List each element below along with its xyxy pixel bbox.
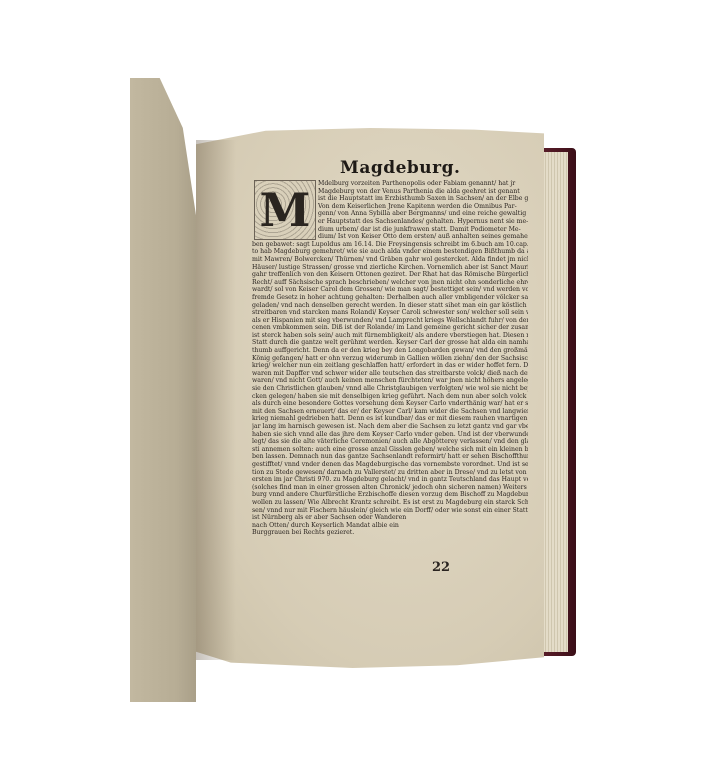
text-line: burg vnnd andere Churfürstliche Erzbisch…: [252, 491, 528, 499]
text-line: sen/ vnnd nur mit Fischern häuslein/ gle…: [252, 507, 528, 515]
text-line: ben gebawet: sagt Lupoldus am 16.14. Die…: [252, 241, 528, 249]
text-line: nach Otten/ durch Keyserlich Mandat albi…: [252, 522, 528, 530]
page-number: 22: [432, 560, 450, 575]
text-line: Magdeburg von der Venus Parthenia die al…: [252, 188, 528, 196]
text-line: ist sterck haben sols sein/ auch mit für…: [252, 332, 528, 340]
text-line: dium/ Ist von Keiser Otto dem ersten/ au…: [252, 233, 528, 241]
text-line: haben sie sich vnnd alle das jhre dem Ke…: [252, 431, 528, 439]
text-line: cenen vmbkommen sein. Diß ist der Roland…: [252, 324, 528, 332]
text-line: gahr treffenlich von den Keisern Ottonen…: [252, 271, 528, 279]
text-line: Burggrauen bei Rechts gezieret.: [252, 529, 528, 537]
left-page-leaf: [130, 78, 196, 702]
text-line: gestifftet/ vnnd vnder denen das Magdebu…: [252, 461, 528, 469]
text-line: wardt/ sol von Keiser Carol dem Grossen/…: [252, 286, 528, 294]
text-line: ist die Hauptstatt im Erzbisthumb Saxen …: [252, 195, 528, 203]
book-photo: Magdeburg. M Mdelburg vorzeiten Partheno…: [0, 0, 710, 780]
text-line: mit Mawren/ Bolwercken/ Thürnen/ vnd Grä…: [252, 256, 528, 264]
text-line: Häuser/ lustige Strassen/ grosse vnd zie…: [252, 264, 528, 272]
text-line: geladen/ vnd nach denselben gerecht werd…: [252, 302, 528, 310]
text-line: waren/ vnd nicht Gott/ auch keinen mensc…: [252, 377, 528, 385]
text-line: genn/ von Anna Sybilla aber Bergmanns/ u…: [252, 210, 528, 218]
text-line: jar lang im harnisch gewesen ist. Nach d…: [252, 423, 528, 431]
text-line: krieg/ welcher nun ein zeitlang geschlaf…: [252, 362, 528, 370]
text-line: thumb auffgericht. Denn da er den krieg …: [252, 347, 528, 355]
text-line: als durch eine besondere Gottes vorsehun…: [252, 400, 528, 408]
text-line: er Hauptstatt des Sachsenlandes/ gehalte…: [252, 218, 528, 226]
text-line: wollen zu lassen/ Wie Albrecht Krantz sc…: [252, 499, 528, 507]
text-line: streitbaren vnd starcken mans Rolandi/ K…: [252, 309, 528, 317]
text-line: ist Nürnberg als er aber Sachsen oder Wa…: [252, 514, 528, 522]
text-line: dium urbem/ dar ist die junkfrawen statt…: [252, 226, 528, 234]
text-line: sie den Christlichen glauben/ vnnd alle …: [252, 385, 528, 393]
text-line: krieg niemahl gedrieben hatt. Denn es is…: [252, 415, 528, 423]
gutter-shadow: [196, 140, 236, 660]
text-line: waren mit Dapffer vnd schwer wider alle …: [252, 370, 528, 378]
text-line: tion zu Stede gewesen/ darnach zu Valler…: [252, 469, 528, 477]
page-heading: Magdeburg.: [340, 158, 460, 178]
text-line: Mdelburg vorzeiten Parthenopolis oder Fa…: [252, 180, 528, 188]
text-line: ben lassen. Demnach nun das gantze Sachs…: [252, 453, 528, 461]
text-line: Von dem Keiserlichen Jrene Kapitenn werd…: [252, 203, 528, 211]
text-line: (solches find man in einer grossen alten…: [252, 484, 528, 492]
text-line: sti annemen solten: auch eine grosse anz…: [252, 446, 528, 454]
text-line: Recht/ auff Sächsische sprach beschriebe…: [252, 279, 528, 287]
text-line: legt/ das sie die alte väterliche Ceremo…: [252, 438, 528, 446]
text-line: to hab Magdeburg gemehret/ wie sie auch …: [252, 248, 528, 256]
text-line: mit den Sachsen erneuert/ das er/ der Ke…: [252, 408, 528, 416]
text-line: ersten im jar Christi 970. zu Magdeburg …: [252, 476, 528, 484]
text-line: cken gelegen/ haben sie mit denselbigen …: [252, 393, 528, 401]
text-line: fremde Gesetz in hoher achtung gehalten:…: [252, 294, 528, 302]
text-line: König gefangen/ hatt er ohn verzug wider…: [252, 355, 528, 363]
body-text: Mdelburg vorzeiten Parthenopolis oder Fa…: [252, 180, 528, 537]
text-line: Statt durch die gantze welt gerühmt werd…: [252, 339, 528, 347]
text-line: als er Hispanien mit sieg vberwunden/ vn…: [252, 317, 528, 325]
